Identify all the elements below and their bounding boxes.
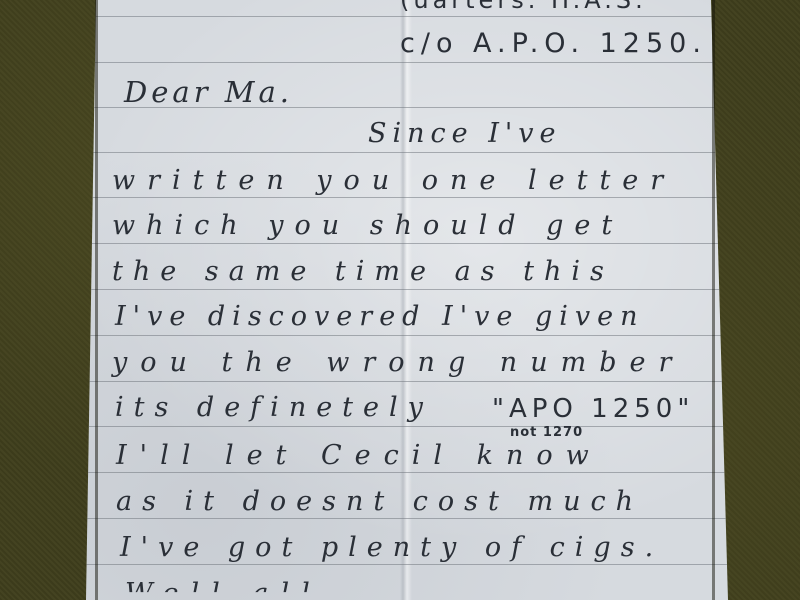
ruled-line xyxy=(0,16,800,17)
body-line-9: as it doesnt cost much xyxy=(116,488,643,515)
ruled-line xyxy=(0,62,800,63)
annotation-correction: not 1270 xyxy=(510,426,583,439)
body-line-7: its definetely xyxy=(115,394,433,421)
body-line-2: written you one letter xyxy=(112,167,675,194)
body-line-3: which you should get xyxy=(112,212,623,239)
ruled-line xyxy=(0,426,800,427)
ruled-line xyxy=(0,197,800,198)
ruled-line xyxy=(0,381,800,382)
inline-quote-apo: "APO 1250" xyxy=(492,396,694,422)
salutation: Dear Ma. xyxy=(124,78,293,107)
body-line-1: Since I've xyxy=(368,120,562,147)
header-address: c/o A.P.O. 1250. xyxy=(400,30,707,57)
ruled-line xyxy=(0,243,800,244)
ruled-line xyxy=(0,518,800,519)
body-line-6: you the wrong number xyxy=(112,349,684,376)
body-line-10: I've got plenty of cigs. xyxy=(120,534,663,561)
ruled-line xyxy=(0,152,800,153)
ruled-line xyxy=(0,289,800,290)
paper-right-edge xyxy=(712,0,715,600)
header-partial-line: (uarters. H.A.S. xyxy=(400,0,647,12)
ruled-line xyxy=(0,564,800,565)
paper-left-edge xyxy=(95,0,98,600)
body-line-5: I've discovered I've given xyxy=(115,303,644,330)
body-line-4: the same time as this xyxy=(112,258,614,285)
ruled-line xyxy=(0,472,800,473)
ruled-line xyxy=(0,335,800,336)
body-line-8: I'll let Cecil know xyxy=(116,442,602,469)
ruled-line xyxy=(0,107,800,108)
